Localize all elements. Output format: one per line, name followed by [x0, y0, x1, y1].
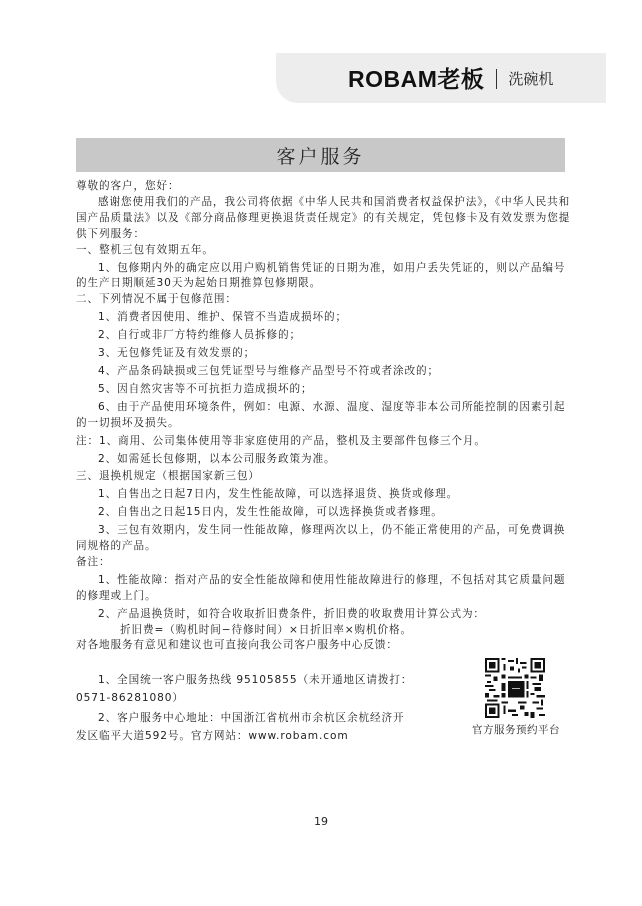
section1-title: 一、整机三包有效期五年。 — [76, 243, 576, 259]
note-2: 2、如需延长包修期，以本公司服务政策为准。 — [76, 452, 576, 468]
section2-item-2: 2、自行或非厂方特约维修人员拆修的； — [76, 328, 576, 344]
section2-title: 二、下列情况不属于包修范围： — [76, 292, 576, 308]
section2-item-4: 4、产品条码缺损或三包凭证型号与维修产品型号不符或者涂改的； — [76, 364, 576, 380]
hotline-line-1: 1、全国统一客户服务热线 95105855（未开通地区请拨打： — [76, 672, 476, 690]
brand-divider — [496, 69, 497, 89]
section3-item-3: 3、三包有效期内，发生同一性能故障，修理两次以上，仍不能正常使用的产品，可免费调… — [76, 523, 576, 555]
hotline-line-2: 0571-86281080） — [76, 690, 476, 708]
robam-logo: ROBAM老板 — [348, 66, 484, 92]
page-title: 客户服务 — [276, 142, 364, 169]
product-category: 洗碗机 — [508, 66, 553, 92]
qr-caption: 官方服务预约平台 — [470, 722, 562, 737]
remarks-item-2: 2、产品退换货时，如符合收取折旧费条件，折旧费的收取费用计算公式为： — [76, 607, 576, 623]
section2-item-5: 5、因自然灾害等不可抗拒力造成损坏的； — [76, 382, 576, 398]
contact-info: 1、全国统一客户服务热线 95105855（未开通地区请拨打： 0571-862… — [76, 672, 476, 745]
note-1: 注：1、商用、公司集体使用等非家庭使用的产品，整机及主要部件包修三个月。 — [76, 434, 576, 450]
section-title-bar: 客户服务 — [76, 138, 565, 172]
service-terms: 尊敬的客户，您好： 感谢您使用我们的产品，我公司将依据《中华人民共和国消费者权益… — [76, 179, 576, 654]
depreciation-formula: 折旧费=（购机时间−待修时间）×日折旧率×购机价格。 — [76, 623, 576, 639]
address-line-1: 2、客户服务中心地址：中国浙江省杭州市余杭区余杭经济开 — [76, 710, 476, 728]
section2-item-3: 3、无包修凭证及有效发票的； — [76, 346, 576, 362]
page-number: 19 — [0, 815, 642, 828]
section1-item-1: 1、包修期内外的确定应以用户购机销售凭证的日期为准，如用户丢失凭证的，则以产品编… — [76, 261, 576, 293]
address-line-2: 发区临平大道592号。官方网站：www.robam.com — [76, 728, 476, 746]
brand-header: ROBAM老板 洗碗机 — [348, 66, 553, 92]
remarks-title: 备注： — [76, 555, 576, 571]
section3-title: 三、退换机规定（根据国家新三包） — [76, 469, 576, 485]
section3-item-2: 2、自售出之日起15日内，发生性能故障，可以选择换货或者修理。 — [76, 505, 576, 521]
intro-paragraph: 感谢您使用我们的产品，我公司将依据《中华人民共和国消费者权益保护法》，《中华人民… — [76, 195, 576, 243]
qr-code-icon[interactable] — [485, 658, 545, 718]
section2-item-1: 1、消费者因使用、维护、保管不当造成损坏的； — [76, 310, 576, 326]
feedback-intro: 对各地服务有意见和建议也可直接向我公司客户服务中心反馈： — [76, 638, 576, 654]
section2-item-6: 6、由于产品使用环境条件，例如：电源、水源、温度、湿度等非本公司所能控制的因素引… — [76, 400, 576, 432]
remarks-item-1: 1、性能故障：指对产品的安全性能故障和使用性能故障进行的修理，不包括对其它质量问… — [76, 573, 576, 605]
section3-item-1: 1、自售出之日起7日内，发生性能故障，可以选择退货、换货或修理。 — [76, 487, 576, 503]
greeting: 尊敬的客户，您好： — [76, 179, 576, 195]
